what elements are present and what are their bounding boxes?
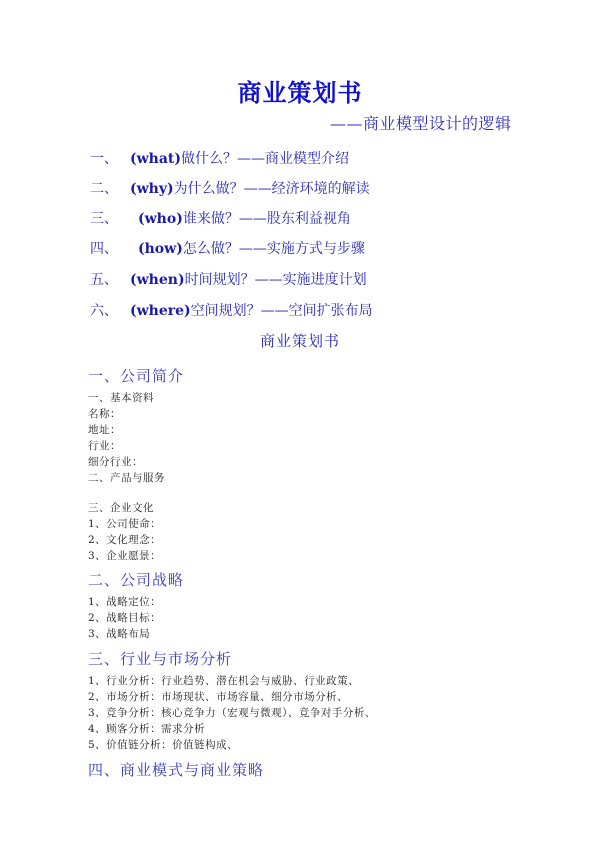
document-title: 商业策划书 <box>0 73 600 108</box>
section-line: 1、公司使命： <box>88 516 161 531</box>
section-line: 三、企业文化 <box>88 500 154 515</box>
section-line: 细分行业： <box>88 454 143 469</box>
toc-number: 四、 <box>90 238 130 258</box>
toc-keyword: (who) <box>138 211 183 227</box>
section-heading-company-strategy: 二、公司战略 <box>88 569 184 590</box>
section-line: 名称： <box>88 406 121 421</box>
toc-item-who: 三、(who)谁来做？——股东利益视角 <box>90 208 351 228</box>
section-line: 2、市场分析：市场现状、市场容量、细分市场分析、 <box>88 689 348 704</box>
section-line: 3、企业愿景： <box>88 548 161 563</box>
section-line: 4、顾客分析：需求分析 <box>88 721 205 736</box>
toc-keyword: (when) <box>130 272 185 288</box>
section-line: 5、价值链分析：价值链构成、 <box>88 737 238 752</box>
toc-keyword: (where) <box>130 303 191 319</box>
section-line: 行业： <box>88 438 121 453</box>
toc-keyword: (what) <box>130 151 181 167</box>
toc-item-when: 五、(when)时间规划？——实施进度计划 <box>90 269 367 289</box>
toc-number: 五、 <box>90 269 130 289</box>
section-line: 3、竞争分析：核心竞争力（宏观与微观）、竞争对手分析、 <box>88 705 376 720</box>
toc-text: 谁来做？——股东利益视角 <box>183 211 351 227</box>
toc-number: 三、 <box>90 208 130 228</box>
toc-number: 一、 <box>90 148 130 168</box>
section-heading-market-analysis: 三、行业与市场分析 <box>88 648 232 669</box>
toc-keyword: (how) <box>138 241 183 257</box>
section-line: 3、战略布局 <box>88 626 150 641</box>
document-page: 商业策划书 ——商业模型设计的逻辑 一、(what)做什么？——商业模型介绍 二… <box>0 0 600 850</box>
section-line: 二、产品与服务 <box>88 470 165 485</box>
toc-item-why: 二、(why)为什么做？——经济环境的解读 <box>90 178 370 198</box>
section-line: 1、行业分析：行业趋势、潜在机会与威胁、行业政策、 <box>88 673 359 688</box>
section-heading-business-model: 四、商业模式与商业策略 <box>88 759 264 780</box>
section-line: 2、战略目标： <box>88 610 161 625</box>
toc-text: 怎么做？——实施方式与步骤 <box>183 241 365 257</box>
toc-text: 空间规划？——空间扩张布局 <box>191 303 373 319</box>
section-line: 1、战略定位： <box>88 594 161 609</box>
toc-text: 为什么做？——经济环境的解读 <box>174 181 370 197</box>
toc-text: 时间规划？——实施进度计划 <box>185 272 367 288</box>
section-line: 地址： <box>88 422 121 437</box>
toc-item-how: 四、(how)怎么做？——实施方式与步骤 <box>90 238 365 258</box>
toc-text: 做什么？——商业模型介绍 <box>181 151 349 167</box>
section-line: 一、基本资料 <box>88 390 154 405</box>
toc-item-what: 一、(what)做什么？——商业模型介绍 <box>90 148 349 168</box>
body-title: 商业策划书 <box>0 330 600 351</box>
toc-keyword: (why) <box>130 181 174 197</box>
section-line: 2、文化理念： <box>88 532 161 547</box>
section-heading-company-intro: 一、公司简介 <box>88 365 184 386</box>
toc-number: 六、 <box>90 300 130 320</box>
document-subtitle: ——商业模型设计的逻辑 <box>330 111 512 134</box>
toc-number: 二、 <box>90 178 130 198</box>
toc-item-where: 六、(where)空间规划？——空间扩张布局 <box>90 300 373 320</box>
